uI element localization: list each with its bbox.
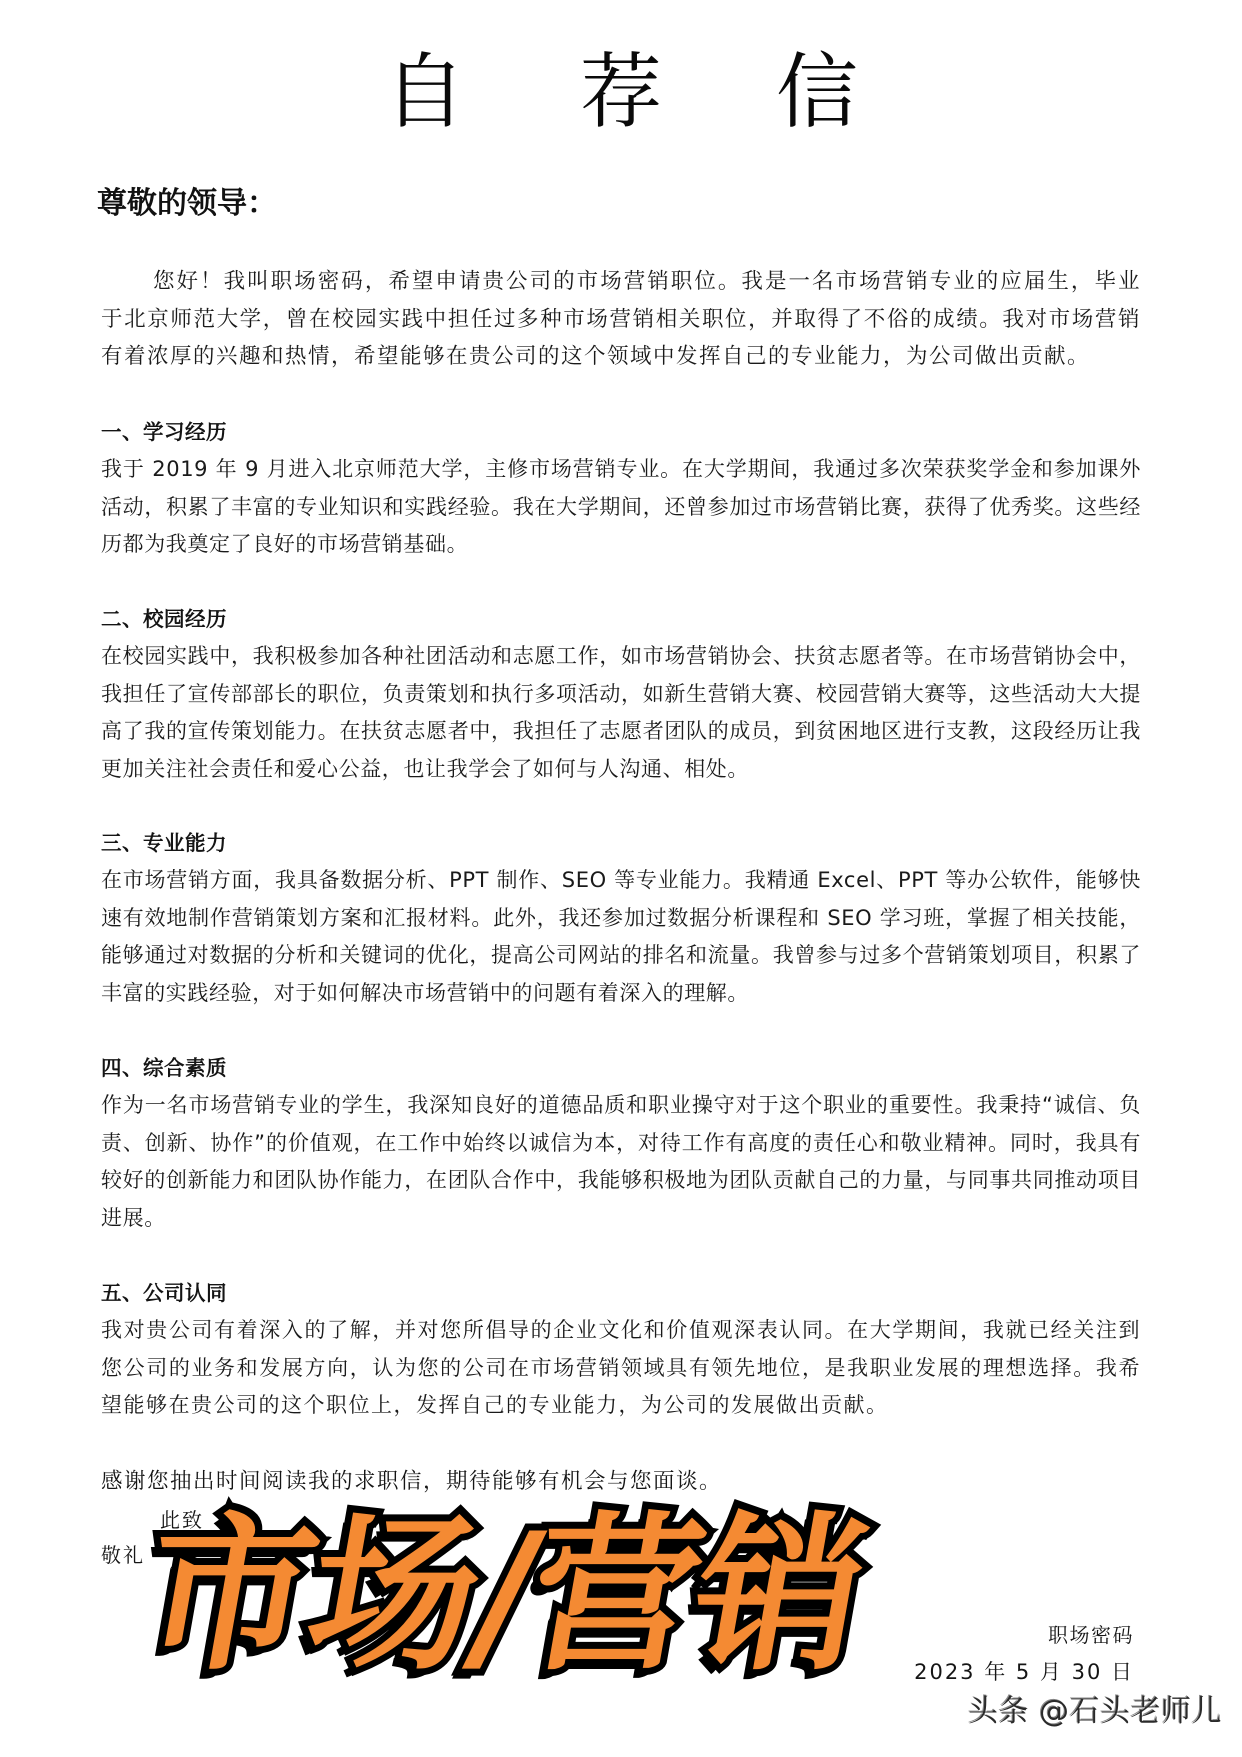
section-body: 在市场营销方面，我具备数据分析、PPT 制作、SEO 等专业能力。我精通 Exc… bbox=[101, 862, 1141, 1012]
section-heading: 一、学习经历 bbox=[101, 414, 1141, 451]
section-body: 在校园实践中，我积极参加各种社团活动和志愿工作，如市场营销协会、扶贫志愿者等。在… bbox=[101, 638, 1141, 788]
self-recommendation-letter-page: 自 荐 信 尊敬的领导： 您好！我叫职场密码，希望申请贵公司的市场营销职位。我是… bbox=[0, 0, 1242, 1757]
section-overall-quality: 四、综合素质 作为一名市场营销专业的学生，我深知良好的道德品质和职业操守对于这个… bbox=[101, 1050, 1141, 1237]
section-heading: 三、专业能力 bbox=[101, 825, 1141, 862]
intro-paragraph: 您好！我叫职场密码，希望申请贵公司的市场营销职位。我是一名市场营销专业的应届生，… bbox=[101, 263, 1141, 376]
section-heading: 四、综合素质 bbox=[101, 1050, 1141, 1087]
section-campus-experience: 二、校园经历 在校园实践中，我积极参加各种社团活动和志愿工作，如市场营销协会、扶… bbox=[101, 601, 1141, 788]
section-body: 作为一名市场营销专业的学生，我深知良好的道德品质和职业操守对于这个职业的重要性。… bbox=[101, 1087, 1141, 1237]
section-body: 我对贵公司有着深入的了解，并对您所倡导的企业文化和价值观深表认同。在大学期间，我… bbox=[101, 1312, 1141, 1425]
section-company-identification: 五、公司认同 我对贵公司有着深入的了解，并对您所倡导的企业文化和价值观深表认同。… bbox=[101, 1275, 1141, 1425]
category-banner-overlay: 市场/营销 bbox=[130, 1500, 1030, 1700]
signature: 职场密码 bbox=[1048, 1620, 1134, 1650]
section-heading: 二、校园经历 bbox=[101, 601, 1141, 638]
section-education: 一、学习经历 我于 2019 年 9 月进入北京师范大学，主修市场营销专业。在大… bbox=[101, 414, 1141, 564]
salutation: 尊敬的领导： bbox=[97, 186, 277, 222]
document-title: 自 荐 信 bbox=[0, 52, 1242, 134]
section-heading: 五、公司认同 bbox=[101, 1275, 1141, 1312]
section-body: 我于 2019 年 9 月进入北京师范大学，主修市场营销专业。在大学期间，我通过… bbox=[101, 451, 1141, 564]
source-watermark: 头条 @石头老师儿 bbox=[968, 1692, 1222, 1732]
thanks-line: 感谢您抽出时间阅读我的求职信，期待能够有机会与您面谈。 bbox=[101, 1463, 722, 1500]
section-professional-skills: 三、专业能力 在市场营销方面，我具备数据分析、PPT 制作、SEO 等专业能力。… bbox=[101, 825, 1141, 1012]
banner-text: 市场/营销 bbox=[130, 1500, 877, 1690]
